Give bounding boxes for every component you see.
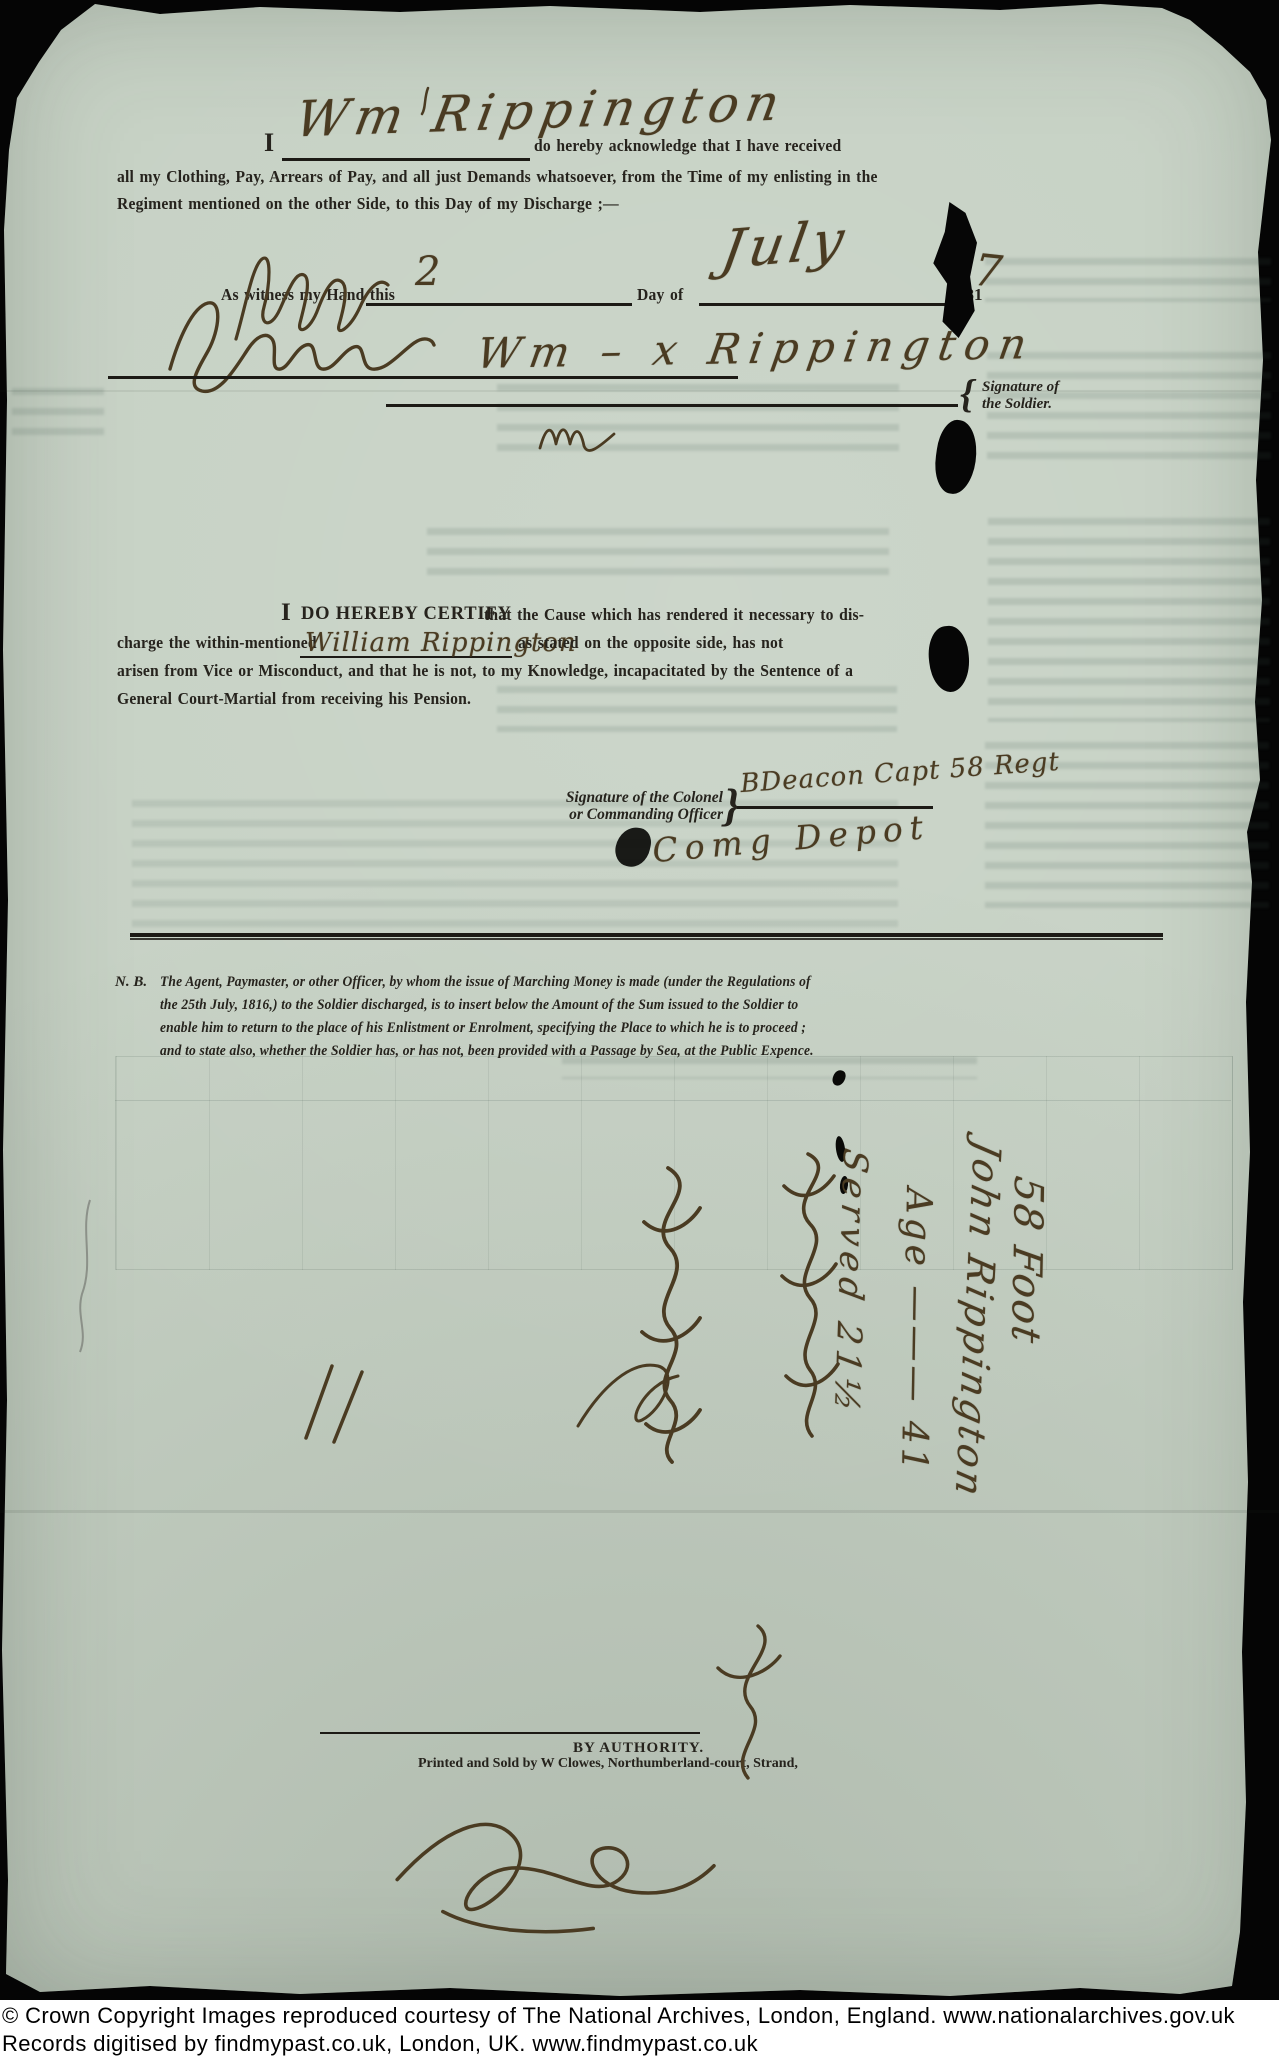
handwritten-day: 2	[415, 252, 440, 292]
soldier-label-line1: Signature of	[982, 380, 1059, 395]
docket-age: Age ——— 41	[895, 1187, 936, 1475]
section-rule	[130, 933, 1163, 940]
certify-line-4: General Court-Martial from receiving his…	[117, 690, 471, 707]
tally-marks	[296, 1356, 366, 1446]
nb-line-2: the 25th July, 1816,) to the Soldier dis…	[160, 998, 798, 1013]
pen-flourish-small	[688, 1618, 798, 1788]
bleedthrough-table-line	[115, 1100, 1231, 1101]
bleedthrough-text	[988, 518, 1270, 722]
copyright-line-2: Records digitised by findmypast.co.uk, L…	[2, 2030, 1279, 2058]
opening-capital-i: I	[264, 130, 274, 156]
witness-rule	[108, 376, 738, 379]
opening-line-1: do hereby acknowledge that I have receiv…	[534, 137, 841, 154]
soldier-signature-rule	[386, 404, 958, 407]
copyright-line-1: © Crown Copyright Images reproduced cour…	[2, 2002, 1279, 2030]
certify-line-2-post: as stated on the opposite side, has not	[518, 634, 783, 651]
colonel-label-line2: or Commanding Officer	[533, 807, 723, 823]
bleedthrough-text	[12, 388, 104, 444]
scanned-document: I Wm Rippington do hereby acknowledge th…	[0, 0, 1279, 2072]
docket-regiment: 58 Foot	[1005, 1174, 1048, 1348]
nb-line-3: enable him to return to the place of his…	[160, 1021, 806, 1036]
nb-label: N. B.	[115, 975, 147, 990]
pen-stray-mark	[418, 84, 434, 118]
pen-flourish	[566, 1336, 696, 1446]
docket-script-illegible-1	[764, 1146, 852, 1456]
certify-line-1: that the Cause which has rendered it nec…	[484, 606, 864, 623]
certify-caps: DO HEREBY CERTIFY	[301, 605, 512, 624]
imprint-rule	[320, 1732, 700, 1734]
fold-crease	[0, 1510, 1279, 1513]
opening-line-2: all my Clothing, Pay, Arrears of Pay, an…	[117, 168, 878, 185]
witness-signature-2	[162, 295, 438, 399]
bleedthrough-text	[985, 258, 1271, 302]
colonel-label-brace: }	[724, 782, 740, 828]
handwritten-year-digit: 7	[972, 249, 1004, 296]
bleedthrough-text	[497, 686, 897, 732]
imprint-authority: BY AUTHORITY.	[573, 1741, 704, 1756]
colonel-label-line1: Signature of the Colonel	[533, 790, 723, 806]
pencil-note-illegible	[68, 1196, 108, 1356]
soldier-label-brace: {	[960, 374, 974, 414]
certify-line-2-pre: charge the within-mentioned	[117, 634, 317, 651]
soldier-label-line2: the Soldier.	[982, 397, 1052, 412]
witness-day-of: Day of	[637, 286, 683, 303]
nb-line-4: and to state also, whether the Soldier h…	[160, 1044, 814, 1059]
handwritten-month: July	[718, 213, 853, 278]
month-blank-line	[699, 276, 955, 306]
bleedthrough-text	[427, 528, 889, 578]
certify-capital-i: I	[281, 600, 291, 625]
certify-line-3: arisen from Vice or Misconduct, and that…	[117, 662, 853, 679]
nb-line-1: The Agent, Paymaster, or other Officer, …	[160, 975, 811, 990]
copyright-footer: © Crown Copyright Images reproduced cour…	[0, 2000, 1279, 2072]
pen-squiggle	[536, 414, 618, 456]
opening-line-3: Regiment mentioned on the other Side, to…	[117, 195, 619, 212]
